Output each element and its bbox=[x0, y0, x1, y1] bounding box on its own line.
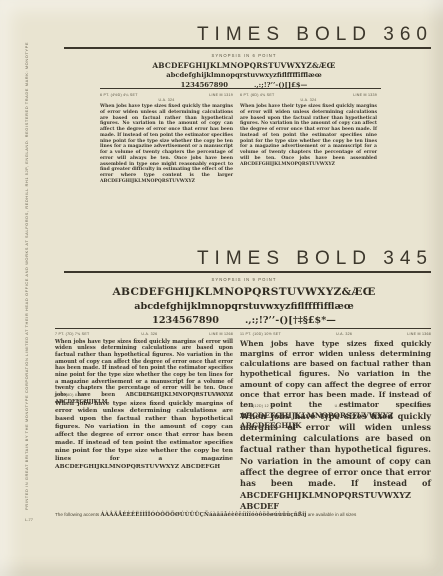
specimen-text-12pt: When jobs have type sizes fixed quickly … bbox=[240, 411, 431, 513]
synopsis-lowercase-345: abcdefghijklmnopqrstuvwxyzfiflffffifflæœ bbox=[64, 301, 424, 312]
accents-suffix: are available in all sizes bbox=[306, 512, 356, 517]
ua-label: U.A. 324 bbox=[100, 98, 233, 102]
accents-prefix: The following accents bbox=[55, 512, 100, 517]
synopsis-caps-345: ABCDEFGHIJKLMNOPQRSTUVWXYZ&ÆŒ bbox=[64, 286, 424, 298]
ua-label: U.A. 326 bbox=[335, 404, 351, 408]
line-ref: LINE M 1268 bbox=[209, 332, 233, 336]
specimen-text-6pt-left: When jobs have type sizes fixed quickly … bbox=[100, 104, 233, 185]
sheet-code: L-77 bbox=[25, 517, 33, 522]
column-rule-360 bbox=[100, 88, 381, 89]
line-ref: LINE M 1420 bbox=[407, 404, 431, 408]
printer-imprint-vertical: PRINTED IN GREAT BRITAIN BY THE MONOTYPE… bbox=[24, 58, 32, 510]
synopsis-lowercase-360: abcdefghijklmnopqrstuvwxyzfiflffffifflæœ bbox=[64, 71, 424, 79]
block-header: 7 PT. (7D) 7¾ SET U.A. 326 LINE M 1268 bbox=[55, 332, 233, 336]
title-rule-345 bbox=[64, 271, 431, 273]
size-label: 12 PT. (12D) 12 SET bbox=[240, 404, 278, 408]
synopsis-345: SYNOPSIS IN 9 POINT ABCDEFGHIJKLMNOPQRST… bbox=[64, 277, 424, 326]
block-header: 8 PT. (8D) 8 SET U.A. 326 LINE M 1288 bbox=[55, 393, 233, 397]
line-ref: LINE M 1339 bbox=[353, 93, 377, 97]
synopsis-caps-360: ABCDEFGHIJKLMNOPQRSTUVWXYZ&ÆŒ bbox=[64, 61, 424, 70]
line-ref: LINE M 1368 bbox=[407, 332, 431, 336]
synopsis-label-345: SYNOPSIS IN 9 POINT bbox=[64, 277, 424, 282]
line-ref: LINE M 1319 bbox=[209, 93, 233, 97]
specimen-text-6pt-right: When jobs have their type sizes fixed qu… bbox=[240, 104, 377, 167]
block-header: 11 PT. (10D) 10½ SET U.A. 326 LINE M 136… bbox=[240, 332, 431, 336]
column-header: 6 PT. (6D) 4¾ SET LINE M 1339 bbox=[240, 93, 377, 97]
synopsis-figures-345: 1234567890.,:;!?’’-()[†‡§£$*— bbox=[64, 315, 424, 326]
specimen-column-6pt-left: 6 PT. (4½D) 4¼ SET LINE M 1319 U.A. 324 … bbox=[100, 93, 233, 185]
section-title-times-bold-360: TIMES BOLD 360 bbox=[197, 24, 433, 46]
size-label: 7 PT. (7D) 7¾ SET bbox=[55, 332, 89, 336]
accents-note: The following accents ÁÀÂÄÅÉÈÊËÍÌÎÏÓÒÔÖÕ… bbox=[55, 512, 433, 518]
specimen-column-6pt-right: 6 PT. (6D) 4¾ SET LINE M 1339 U.A. 324 W… bbox=[240, 93, 377, 167]
block-header: 12 PT. (12D) 12 SET U.A. 326 LINE M 1420 bbox=[240, 404, 431, 408]
size-label: 6 PT. (4½D) 4¼ SET bbox=[100, 93, 138, 97]
ua-label: U.A. 326 bbox=[336, 332, 352, 336]
ua-label: U.A. 326 bbox=[141, 332, 157, 336]
size-label: 11 PT. (10D) 10½ SET bbox=[240, 332, 281, 336]
synopsis-360: SYNOPSIS IN 6 POINT ABCDEFGHIJKLMNOPQRST… bbox=[64, 53, 424, 89]
accents-glyphs: ÁÀÂÄÅÉÈÊËÍÌÎÏÓÒÔÖÕØÚÙÛÜÇÑáàâäåéèêëíìîïóò… bbox=[100, 512, 306, 518]
section-title-times-bold-345: TIMES BOLD 345 bbox=[197, 248, 433, 270]
specimen-text-8pt: When jobs have type sizes fixed quickly … bbox=[55, 400, 233, 471]
size-label: 6 PT. (6D) 4¾ SET bbox=[240, 93, 274, 97]
ua-label: U.A. 326 bbox=[140, 393, 156, 397]
punctuation-345: .,:;!?’’-()[†‡§£$*— bbox=[245, 315, 336, 326]
title-rule-360 bbox=[64, 47, 431, 49]
line-ref: LINE M 1288 bbox=[209, 393, 233, 397]
size-label: 8 PT. (8D) 8 SET bbox=[55, 393, 86, 397]
specimen-block-12pt: 12 PT. (12D) 12 SET U.A. 326 LINE M 1420… bbox=[240, 404, 431, 512]
specimen-block-8pt: 8 PT. (8D) 8 SET U.A. 326 LINE M 1288 Wh… bbox=[55, 393, 233, 471]
ua-label: U.A. 324 bbox=[240, 98, 377, 102]
synopsis-label-360: SYNOPSIS IN 6 POINT bbox=[64, 53, 424, 58]
column-header: 6 PT. (4½D) 4¼ SET LINE M 1319 bbox=[100, 93, 233, 97]
figures-345: 1234567890 bbox=[152, 315, 219, 326]
specimen-page: PRINTED IN GREAT BRITAIN BY THE MONOTYPE… bbox=[0, 0, 443, 576]
column-rule-345 bbox=[55, 328, 431, 329]
